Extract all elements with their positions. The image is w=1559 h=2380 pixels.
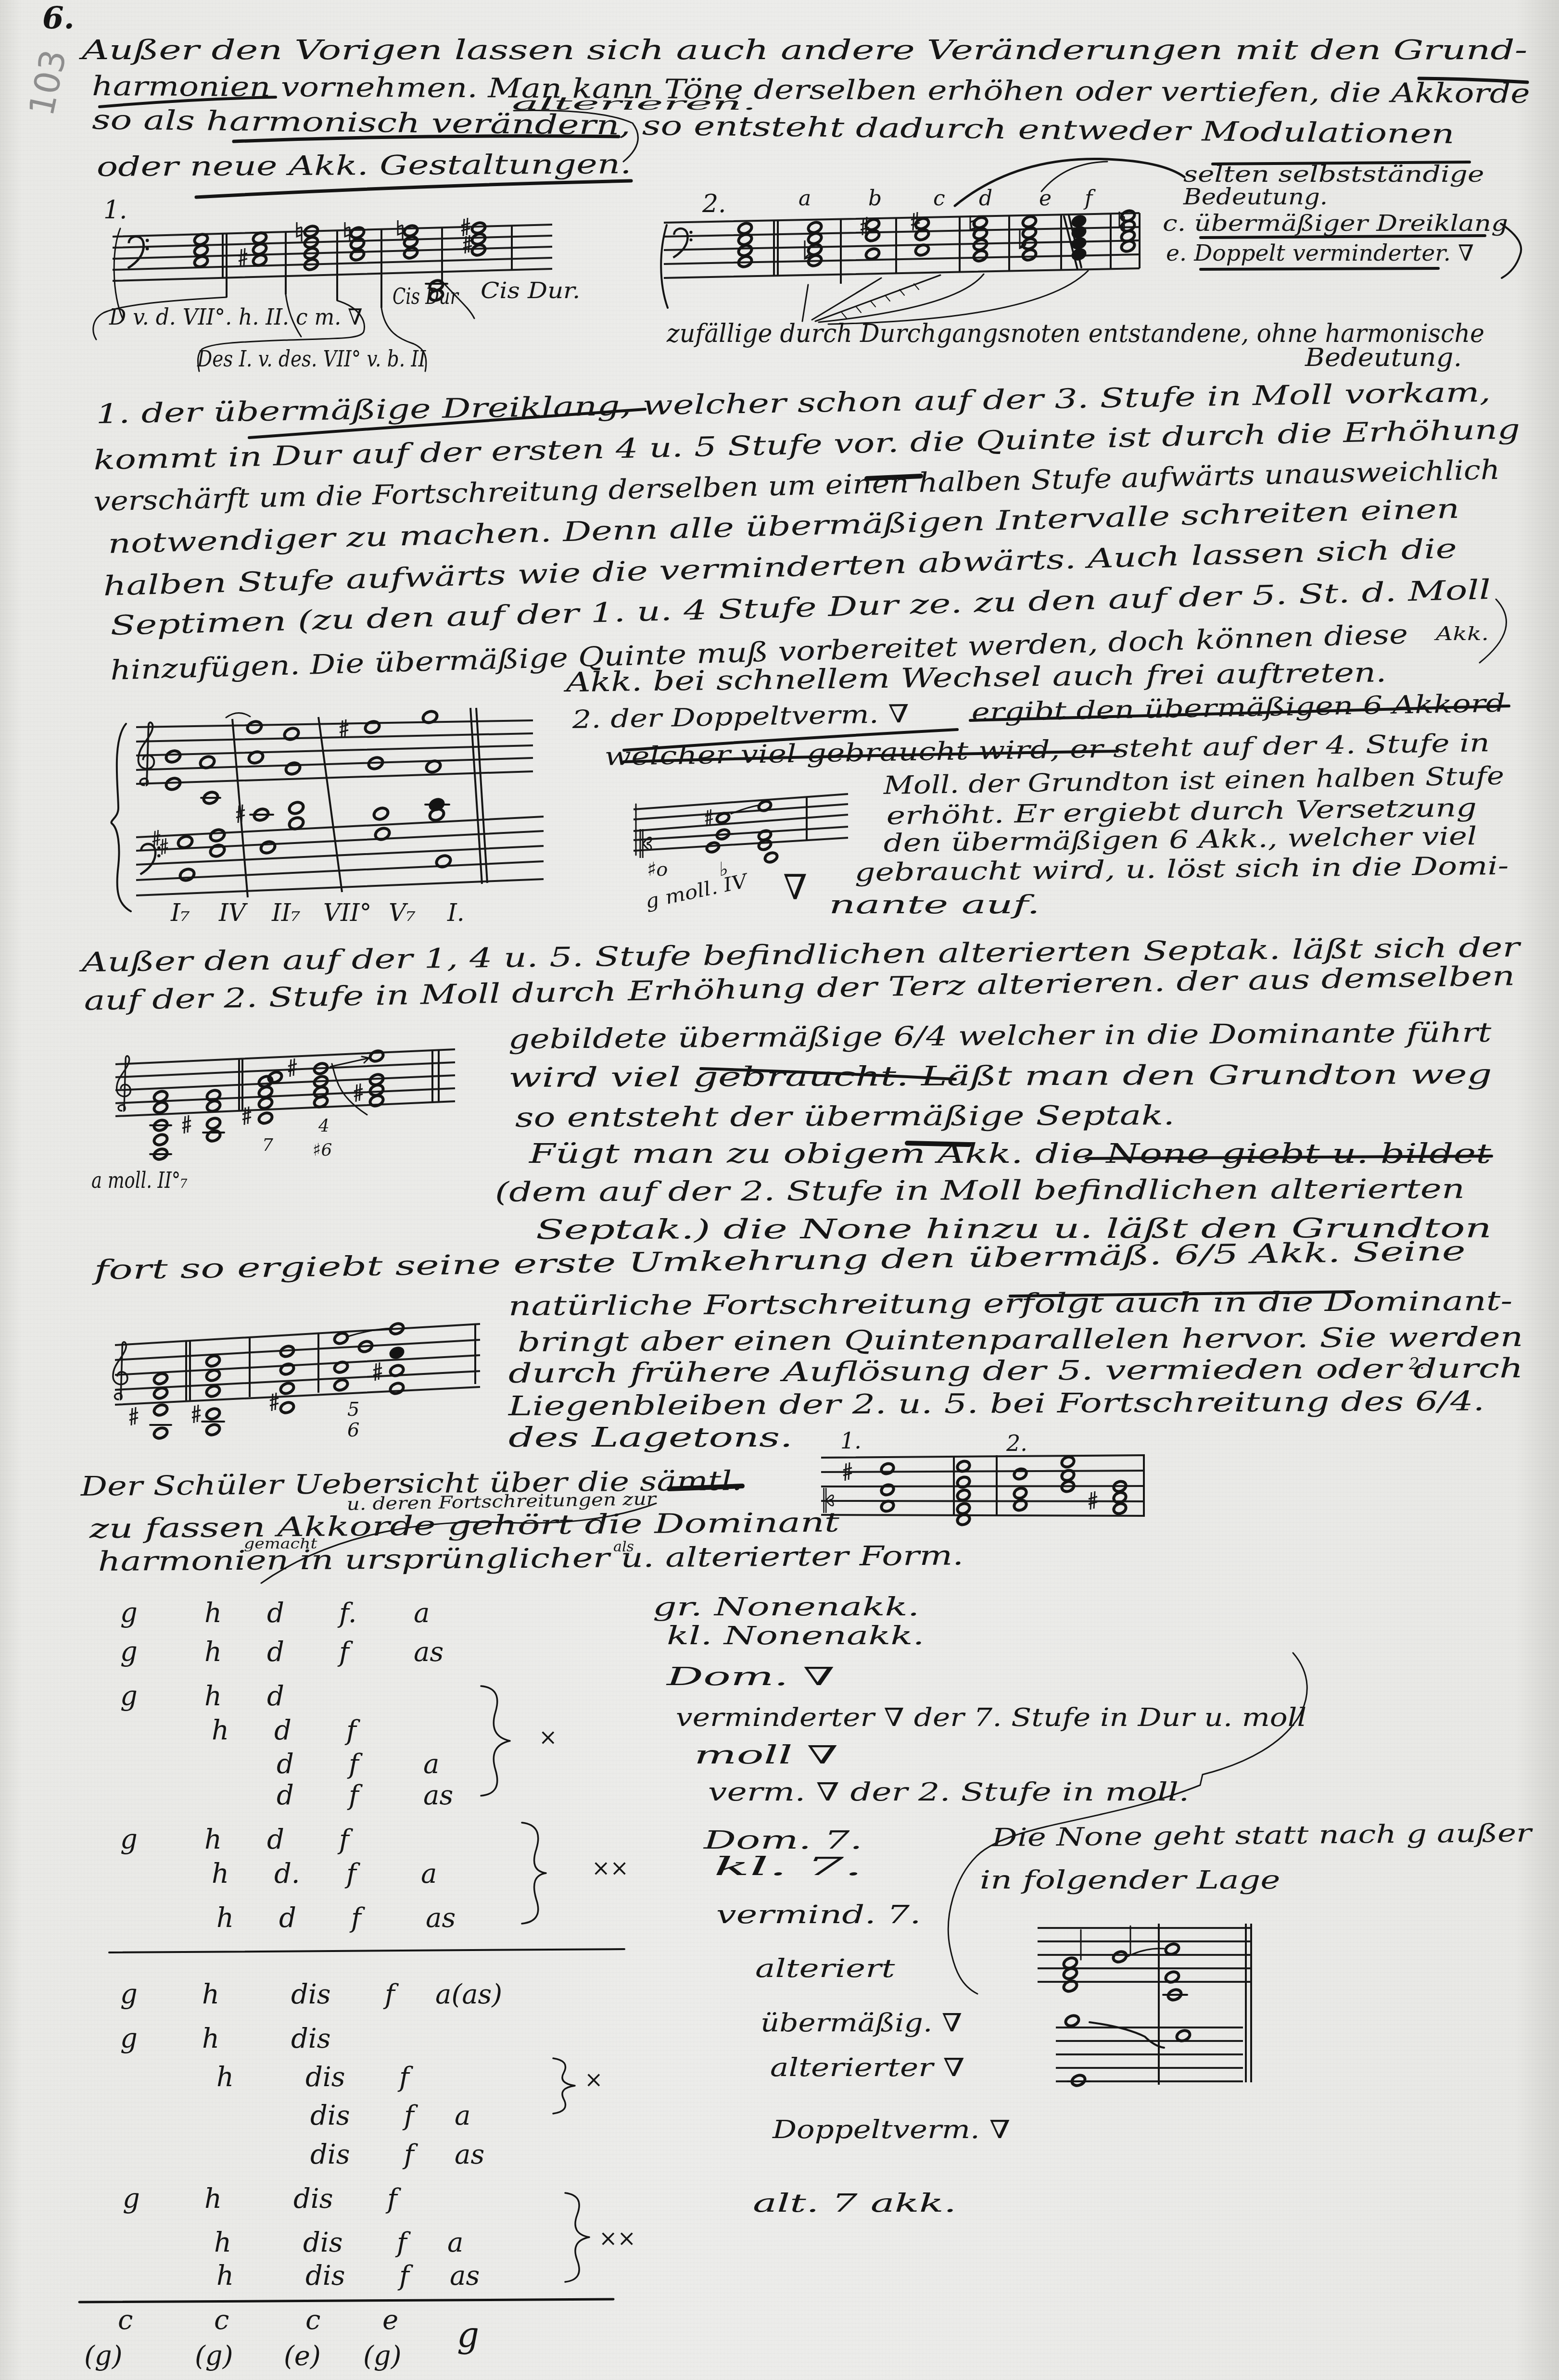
natural-icon [345, 222, 350, 241]
note-table-row: ghdfas [120, 1639, 444, 1666]
note-cell: as [426, 1905, 456, 1932]
note-cell [385, 2026, 435, 2053]
note-cell [221, 2141, 310, 2168]
alternate-note: (g) [363, 2343, 402, 2370]
section-3-line-6: Fügt man zu obigem Akk. die None giebt u… [529, 1141, 1491, 1168]
note-table-row: ghdisf [123, 2186, 438, 2213]
note-cell: g [120, 1826, 204, 1853]
note-cell: dis [310, 2103, 404, 2129]
root-note: e [382, 2307, 398, 2334]
sharp-icon [288, 1058, 297, 1077]
example-a-moll-figure: ♯6 [313, 1142, 332, 1159]
note-table-row: hdf [127, 1717, 421, 1744]
sharp-icon [705, 809, 713, 826]
section-2-heading: 2. der Doppeltverm. ∇ [572, 702, 909, 732]
note-cell: a [414, 1600, 430, 1627]
example-3-degree: II₇ [272, 901, 301, 925]
intro-line-1: Außer den Vorigen lassen sich auch ander… [82, 37, 1527, 64]
example-2-chord-letter: b [868, 188, 882, 209]
example-2-chord-letter: f [1085, 188, 1092, 209]
note-cell [339, 1683, 414, 1710]
alternate-note: (g) [84, 2343, 123, 2370]
note-cell [127, 1861, 212, 1888]
note-cell: g [123, 2186, 204, 2213]
bracket-mark: × [539, 1726, 558, 1748]
section-3-line-13: Liegenbleiben der 2. u. 5. bei Fortschre… [508, 1388, 1485, 1420]
note-cell: h [204, 2186, 293, 2213]
example-2-note-e: e. Doppelt verminderter. ∇ [1166, 242, 1474, 264]
note-cell: dis [305, 2263, 399, 2290]
chord-type-item: kl. 7. [714, 1854, 863, 1879]
music-example-six-five [113, 1322, 480, 1440]
note-cell: d. [274, 1861, 346, 1888]
note-cell: g [120, 1600, 204, 1627]
note-cell: h [204, 1683, 267, 1710]
note-table-row: disfas [139, 2141, 484, 2168]
note-cell: g [120, 1683, 204, 1710]
example-2-chord-letter: a [799, 188, 811, 209]
note-cell: d [277, 1751, 349, 1778]
chord-type-item: vermind. 7. [716, 1902, 921, 1927]
intro-line-2: harmonien vornehmen. Man kann Töne derse… [92, 73, 1530, 108]
note-cell: dis [305, 2064, 399, 2091]
example-six-five-figure: 6 [347, 1421, 359, 1440]
note-cell: f [346, 1717, 421, 1744]
example-3-degree: V₇ [389, 901, 416, 925]
example-2-chord-letter: d [979, 188, 992, 209]
example-3-degree: IV [219, 901, 246, 925]
example-a-moll-label: a moll. II°₇ [91, 1169, 188, 1191]
note-cell: f [349, 1751, 423, 1778]
example-3-degree: I. [447, 901, 465, 925]
chord-type-item: verminderter ∇ der 7. Stufe in Dur u. mo… [676, 1705, 1306, 1730]
note-cell: d [267, 1826, 339, 1853]
note-cell: d [267, 1683, 339, 1710]
section-3-line-7: (dem auf der 2. Stufe in Moll befindlich… [495, 1176, 1465, 1206]
note-cell: f [351, 1905, 426, 1932]
section-4-line-2: zu fassen Akkorde gehört die Dominant [89, 1509, 840, 1543]
note-cell: a [447, 2229, 463, 2256]
example-parallels-number: 2. [1006, 1432, 1027, 1454]
alternate-note: (g) [195, 2343, 233, 2370]
example-2-chord-letter: e [1039, 188, 1052, 209]
note-cell [135, 2064, 216, 2091]
music-example-parallels [821, 1454, 1144, 1526]
note-cell: f [404, 2103, 455, 2129]
note-cell: h [214, 2229, 303, 2256]
note-cell: f [387, 2186, 438, 2213]
chord-type-item: gr. Nonenakk. [653, 1595, 919, 1620]
example-1-label-row-1: D v. d. VII°. h. II. c m. ∇ [109, 306, 363, 328]
note-cell: a [421, 1861, 437, 1888]
note-cell: f [339, 1639, 414, 1666]
section-3-line-11: bringt aber einen Quintenparallelen herv… [518, 1324, 1523, 1356]
note-cell: f [385, 1981, 435, 2008]
music-example-g-moll [634, 794, 848, 864]
note-cell: d [274, 1717, 346, 1744]
root-note: c [214, 2307, 229, 2334]
note-cell: a [423, 1751, 439, 1778]
note-cell: f [346, 1861, 421, 1888]
chord-type-item: verm. ∇ der 2. Stufe in moll. [708, 1780, 1189, 1805]
chord-type-item: alteriert [755, 1956, 895, 1981]
chord-type-item: moll ∇ [694, 1743, 838, 1768]
note-cell: h [204, 1600, 267, 1627]
note-cell: h [212, 1717, 274, 1744]
example-parallels-number: 1. [840, 1430, 862, 1452]
note-cell: dis [310, 2141, 404, 2168]
section-2-line-4: den übermäßigen 6 Akk., welcher viel [883, 824, 1477, 856]
section-4-line-3: harmonien in ursprünglicher u. alteriert… [98, 1542, 964, 1575]
example-2-caption-2: Bedeutung. [1305, 345, 1462, 370]
example-1-number: 1. [103, 198, 127, 223]
c-clef-icon [640, 829, 651, 858]
note-cell: f [397, 2229, 447, 2256]
note-cell: d [267, 1600, 339, 1627]
sharp-icon [192, 1405, 201, 1423]
page-number: 6. [42, 3, 75, 34]
note-cell: d [267, 1639, 339, 1666]
note-cell: f [404, 2141, 455, 2168]
note-cell: a(as) [435, 1981, 502, 2008]
note-cell [135, 2263, 216, 2290]
section-3-line-4: wird viel gebraucht. Läßt man den Grundt… [508, 1061, 1492, 1092]
note-cell: h [204, 1639, 267, 1666]
chord-type-item: kl. Nonenakk. [667, 1624, 925, 1649]
alternate-note: (e) [284, 2343, 321, 2370]
root-note: g [457, 2317, 479, 2352]
note-cell [132, 1905, 216, 1932]
music-example-3 [111, 708, 544, 911]
note-cell: as [423, 1782, 453, 1809]
sharp-icon [152, 830, 160, 846]
note-table-row: ghdis [120, 2026, 435, 2053]
intro-line-4: oder neue Akk. Gestaltungen. [97, 151, 632, 181]
example-a-moll-figure: 7 [262, 1137, 273, 1154]
chord-type-item: alt. 7 akk. [753, 2191, 957, 2216]
note-table-row: dfas [130, 1782, 453, 1809]
section-2-example-symbol: ∇ [783, 870, 807, 905]
note-table-row: ghdf [120, 1826, 414, 1853]
sharp-icon [373, 1362, 382, 1381]
note-table-row: hdisfas [135, 2263, 480, 2290]
sharp-icon [242, 1107, 251, 1125]
note-table-row: hd.fa [127, 1861, 437, 1888]
note-cell: g [120, 2026, 202, 2053]
note-cell [139, 2103, 221, 2129]
example-3-degree: I₇ [171, 901, 190, 925]
bracket-mark: ×× [592, 1857, 629, 1879]
note-cell: h [204, 1826, 267, 1853]
note-cell: g [120, 1981, 202, 2008]
section-3-line-5: so entsteht der übermäßige Septak. [515, 1102, 1175, 1132]
section-2-example-figure: ♯o [647, 860, 668, 879]
natural-icon [398, 220, 403, 239]
example-2-chord-letter: c [933, 188, 945, 209]
example-1-label-cis-2: Cis Dur. [481, 279, 580, 302]
chord-type-item: Dom. ∇ [667, 1664, 835, 1689]
note-table-row: ghdisfa(as) [120, 1981, 502, 2008]
section-3-line-14: des Lagetons. [508, 1424, 793, 1451]
section-2-line-6: nante auf. [829, 893, 1040, 918]
note-cell: h [202, 1981, 291, 2008]
note-cell [221, 2103, 310, 2129]
treble-clef-icon [139, 722, 154, 785]
section-3-line-3: gebildete übermäßige 6/4 welcher in die … [508, 1020, 1492, 1053]
example-2-caption-1: zufällige durch Durchgangsnoten entstand… [667, 321, 1484, 346]
example-2-number: 2. [702, 191, 726, 216]
example-a-moll-figure: 4 [318, 1118, 330, 1135]
bass-clef-icon [673, 228, 693, 258]
note-cell: d [279, 1905, 351, 1932]
note-cell [130, 1751, 214, 1778]
section-3-line-12: durch frühere Auflösung der 5. vermieden… [508, 1355, 1523, 1387]
section-1-margin-note: Akk. [1436, 624, 1489, 643]
section-3-line-10: natürliche Fortschreitung erfolgt auch i… [508, 1288, 1513, 1320]
example-2-note-c: c. übermäßiger Dreiklang [1163, 212, 1508, 234]
note-cell: h [212, 1861, 274, 1888]
note-cell [139, 2141, 221, 2168]
none-note-line-2: in folgender Lage [980, 1868, 1280, 1893]
sharp-icon [270, 1393, 279, 1411]
bracket-mark: × [584, 2068, 603, 2090]
note-table-row: ghdf.a [120, 1600, 430, 1627]
note-cell: a [455, 2103, 470, 2129]
intro-side-note-2: Bedeutung. [1183, 186, 1328, 208]
note-cell: as [414, 1639, 444, 1666]
bracket-mark: ×× [599, 2227, 636, 2249]
note-cell [127, 1717, 212, 1744]
note-cell: d [277, 1782, 349, 1809]
note-table-row: hdisfa [132, 2229, 463, 2256]
root-note: c [305, 2307, 320, 2334]
chord-type-item: Dom. 7. [704, 1828, 862, 1853]
music-example-a-moll [115, 1049, 455, 1161]
note-cell: f [399, 2263, 450, 2290]
note-table-row: hdisf [135, 2064, 450, 2091]
example-six-five-figure: 5 [347, 1400, 359, 1419]
note-cell: h [216, 1905, 279, 1932]
note-cell: h [216, 2064, 305, 2091]
note-cell: f. [339, 1600, 414, 1627]
note-cell: as [455, 2141, 484, 2168]
bass-clef-icon [128, 237, 149, 268]
note-table-row: ghd [120, 1683, 414, 1710]
note-cell: f [399, 2064, 450, 2091]
music-example-none [1038, 1924, 1251, 2088]
sharp-icon [182, 1115, 191, 1133]
note-cell [132, 2229, 214, 2256]
note-cell: h [202, 2026, 291, 2053]
note-cell: dis [291, 2026, 385, 2053]
chord-type-item: alterierter ∇ [770, 2055, 965, 2080]
note-cell: as [450, 2263, 480, 2290]
sharp-icon [129, 1407, 138, 1425]
sharp-icon [340, 719, 348, 738]
chord-type-item: übermäßig. ∇ [760, 2011, 963, 2036]
example-3-degree: VII° [323, 901, 372, 925]
section-2-line-5: gebraucht wird, u. löst sich in die Domi… [855, 854, 1509, 885]
note-table-row: disfa [139, 2103, 470, 2129]
note-cell: f [349, 1782, 423, 1809]
note-cell: dis [291, 1981, 385, 2008]
note-cell: h [216, 2263, 305, 2290]
note-table-row: hdfas [132, 1905, 456, 1932]
sharp-icon [160, 838, 168, 855]
chord-type-item: Doppeltverm. ∇ [773, 2117, 1010, 2142]
bass-clef-icon [140, 844, 161, 874]
note-cell: dis [293, 2186, 387, 2213]
note-cell: f [339, 1826, 414, 1853]
sharp-icon [239, 248, 247, 266]
note-cell [130, 1782, 214, 1809]
note-cell: dis [303, 2229, 397, 2256]
note-cell [214, 1751, 277, 1778]
example-1-label-row-2: Des I. v. des. VII° v. b. II [197, 348, 426, 370]
note-cell: g [120, 1639, 204, 1666]
note-cell [214, 1782, 277, 1809]
intro-side-note-1: selten selbstständige [1183, 163, 1484, 185]
note-table-row: dfa [130, 1751, 439, 1778]
root-note: c [118, 2307, 133, 2334]
example-1-label-cis-1: Cis Dur [393, 285, 458, 307]
none-note-line-1: Die None geht statt nach g außer [992, 1821, 1532, 1851]
